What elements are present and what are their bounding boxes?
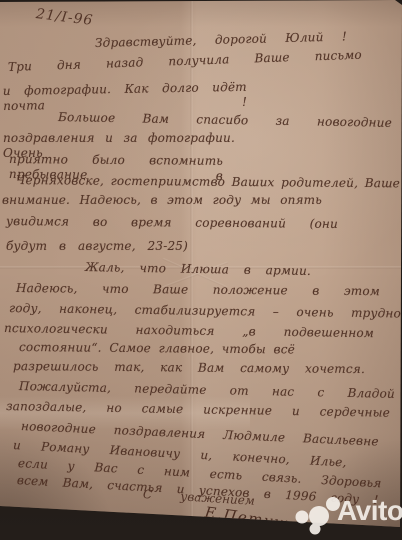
avito-wordmark: Avito — [337, 494, 402, 528]
letter-photo: 21/I-96 Здравствуйте, дорогой Юлий ! Три… — [0, 0, 402, 540]
letter-line: будут в августе, 23-25) — [6, 239, 188, 254]
letter-line: психологически находиться „в подвешенном — [4, 321, 374, 341]
letter-line: внимание. Надеюсь, в этом году мы опять — [2, 193, 322, 208]
letter-date: 21/I-96 — [35, 6, 94, 29]
letter-line: состоянии“. Самое главное, чтобы всё — [19, 340, 295, 357]
letter-greeting: Здравствуйте, дорогой Юлий ! — [95, 29, 347, 51]
letter-line: разрешилось так, как Вам самому хочется. — [13, 359, 365, 377]
letter-paper: 21/I-96 Здравствуйте, дорогой Юлий ! Три… — [0, 0, 402, 540]
letter-line: Надеюсь, что Ваше положение в этом — [16, 281, 380, 299]
letter-line: увидимся во время соревнований (они — [6, 214, 338, 232]
letter-line: Три дня назад получила Ваше письмо — [8, 48, 362, 75]
letter-line: и фотографии. Как долго идёт почта ! — [3, 80, 247, 114]
letter-line: Большое Вам спасибо за новогодние — [58, 110, 392, 131]
avito-watermark: Avito — [290, 493, 402, 537]
letter-line: Жаль, что Илюша в армии. — [85, 260, 311, 279]
letter-line: году, наконец, стабилизируется – очень т… — [9, 301, 401, 321]
avito-circles-icon — [290, 493, 342, 537]
letter-line: Черняховске, гостеприимство Ваших родите… — [16, 173, 400, 191]
